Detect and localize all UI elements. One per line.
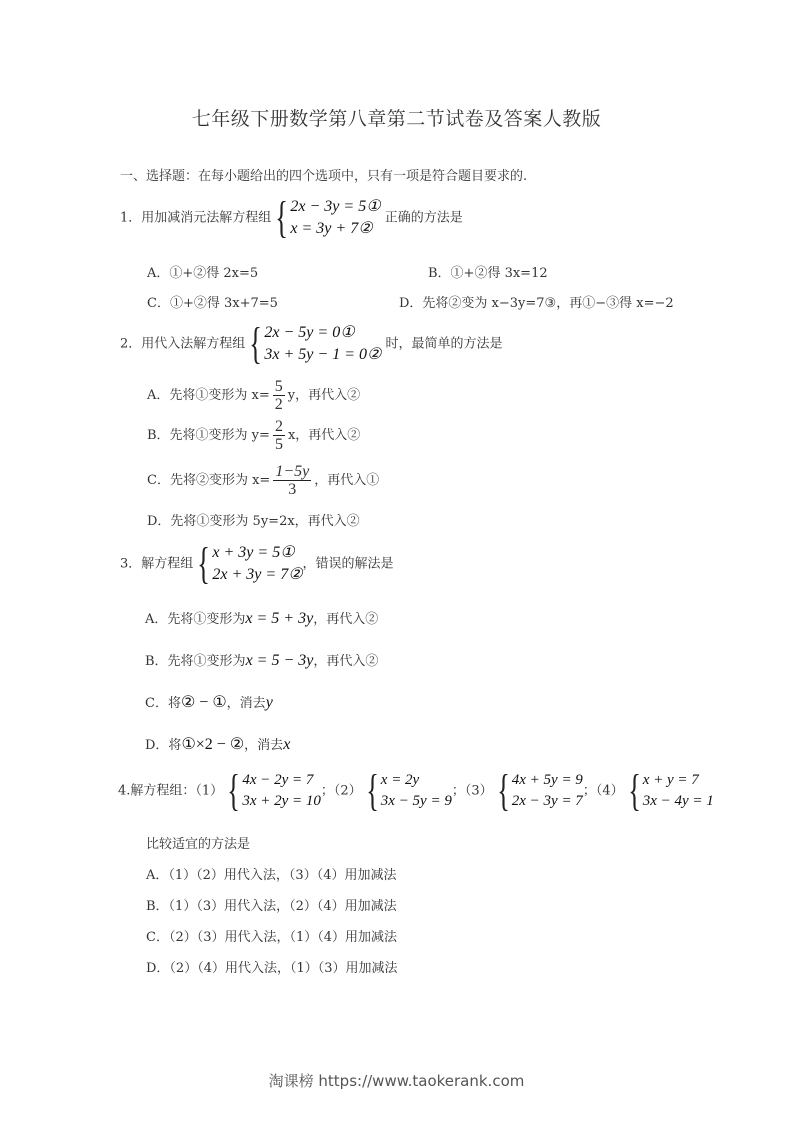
math-expression: x = 5 + 3y	[245, 610, 313, 627]
equation: 3x + 2y = 10	[242, 791, 321, 812]
q1-prefix: 1．用加减消元法解方程组	[120, 211, 271, 226]
option-text: A．先将①变形为 x=	[147, 388, 270, 403]
q3-eq1: x + 3y = 5①	[212, 542, 302, 564]
option-text: ，再代入②	[313, 612, 378, 627]
numerator: 2	[273, 418, 285, 436]
question-2: 2．用代入法解方程组{2x − 5y = 0①3x + 5y − 1 = 0② …	[120, 322, 503, 366]
option-text: C．先将②变形为 x=	[147, 473, 270, 488]
equation: 4x − 2y = 7	[242, 770, 321, 791]
page-title: 七年级下册数学第八章第二节试卷及答案人教版	[0, 104, 793, 131]
section-heading: 一、选择题：在每小题给出的四个选项中，只有一项是符合题目要求的.	[120, 165, 527, 184]
option-text: x，再代入②	[288, 428, 360, 443]
q1-option-b[interactable]: B．①+②得 3x=12	[428, 262, 548, 281]
q4-option-d[interactable]: D．（2）（4）用代入法，（1）（3）用加减法	[146, 957, 398, 976]
equation: 3x − 5y = 9	[381, 791, 452, 812]
denominator: 5	[275, 436, 283, 453]
numerator: 1−5y	[273, 463, 311, 481]
denominator: 2	[275, 396, 283, 413]
q3-suffix: ，错误的解法是	[303, 557, 394, 572]
q1-suffix: 正确的方法是	[385, 211, 463, 226]
q3-option-b[interactable]: B．先将①变形为x = 5 − 3y，再代入②	[145, 650, 378, 670]
variable: x	[283, 736, 290, 753]
option-text: y，再代入②	[288, 388, 360, 403]
q2-eq2: 3x + 5y − 1 = 0②	[264, 344, 381, 366]
brace-icon: {	[198, 542, 211, 586]
q4-option-a[interactable]: A．（1）（2）用代入法，（3）（4）用加减法	[146, 864, 396, 883]
q2-equation-system: {2x − 5y = 0①3x + 5y − 1 = 0②	[245, 322, 381, 366]
brace-icon: {	[227, 769, 240, 813]
option-text: ，消去	[244, 738, 283, 753]
q3-prefix: 3．解方程组	[120, 557, 193, 572]
q4-system-2: {x = 2y3x − 5y = 9	[362, 769, 452, 813]
fraction: 1−5y3	[273, 463, 311, 498]
equation: x + y = 7	[643, 770, 714, 791]
separator: ；（3）	[452, 784, 493, 799]
q3-option-c[interactable]: C．将② − ①，消去y	[145, 692, 273, 712]
option-text: ，再代入①	[314, 473, 379, 488]
q2-eq1: 2x − 5y = 0①	[264, 322, 381, 344]
q4-system-1: {4x − 2y = 73x + 2y = 10	[223, 769, 321, 813]
option-text: ，再代入②	[313, 654, 378, 669]
q3-option-a[interactable]: A．先将①变形为x = 5 + 3y，再代入②	[145, 608, 378, 628]
q4-option-b[interactable]: B．（1）（3）用代入法，（2）（4）用加减法	[146, 895, 397, 914]
option-text: C．将	[145, 696, 181, 711]
q2-option-b[interactable]: B．先将①变形为 y=25x，再代入②	[147, 418, 360, 453]
q2-suffix: 时，最简单的方法是	[385, 337, 502, 352]
q1-eq2: x = 3y + 7②	[290, 218, 380, 240]
q2-prefix: 2．用代入法解方程组	[120, 337, 245, 352]
option-text: B．先将①变形为 y=	[147, 428, 270, 443]
option-text: A．先将①变形为	[145, 612, 245, 627]
math-expression: ①×2 − ②	[181, 736, 244, 753]
q1-option-c[interactable]: C．①+②得 3x+7=5	[147, 292, 278, 311]
question-4: 4.解方程组：（1）{4x − 2y = 73x + 2y = 10；（2）{x…	[118, 769, 714, 813]
fraction: 52	[273, 378, 285, 413]
brace-icon: {	[276, 196, 289, 240]
q4-system-4: {x + y = 73x − 4y = 1	[624, 769, 714, 813]
q2-option-c[interactable]: C．先将②变形为 x=1−5y3，再代入①	[147, 463, 379, 498]
denominator: 3	[288, 481, 296, 498]
brace-icon: {	[497, 769, 510, 813]
q2-option-d[interactable]: D．先将①变形为 5y=2x，再代入②	[147, 510, 360, 529]
q3-equation-system: {x + 3y = 5①2x + 3y = 7②	[193, 542, 302, 586]
separator: ；（4）	[583, 784, 624, 799]
q4-system-3: {4x + 5y = 92x − 3y = 7	[493, 769, 583, 813]
option-text: D．将	[145, 738, 181, 753]
q4-question: 比较适宜的方法是	[146, 833, 250, 852]
option-text: ，消去	[227, 696, 266, 711]
q1-option-a[interactable]: A．①+②得 2x=5	[147, 262, 258, 281]
equation: x = 2y	[381, 770, 452, 791]
brace-icon: {	[628, 769, 641, 813]
math-expression: ② − ①	[181, 694, 227, 711]
numerator: 5	[273, 378, 285, 396]
q2-option-a[interactable]: A．先将①变形为 x=52y，再代入②	[147, 378, 360, 413]
equation: 2x − 3y = 7	[512, 791, 583, 812]
variable: y	[266, 694, 273, 711]
equation: 3x − 4y = 1	[643, 791, 714, 812]
q1-equation-system: {2x − 3y = 5①x = 3y + 7②	[271, 196, 380, 240]
q1-eq1: 2x − 3y = 5①	[290, 196, 380, 218]
brace-icon: {	[366, 769, 379, 813]
q4-option-c[interactable]: C．（2）（3）用代入法，（1）（4）用加减法	[146, 926, 397, 945]
q3-eq2: 2x + 3y = 7②	[212, 564, 302, 586]
question-3: 3．解方程组{x + 3y = 5①2x + 3y = 7②，错误的解法是	[120, 542, 394, 586]
math-expression: x = 5 − 3y	[246, 652, 314, 669]
equation: 4x + 5y = 9	[512, 770, 583, 791]
question-1: 1．用加减消元法解方程组{2x − 3y = 5①x = 3y + 7② 正确的…	[120, 196, 463, 240]
q3-option-d[interactable]: D．将①×2 − ②，消去x	[145, 734, 290, 754]
separator: ；（2）	[321, 784, 362, 799]
footer-watermark: 淘课榜 https://www.taokerank.com	[0, 1070, 793, 1091]
brace-icon: {	[250, 322, 263, 366]
option-text: B．先将①变形为	[145, 654, 246, 669]
q4-prefix: 4.解方程组：（1）	[118, 784, 223, 799]
q1-option-d[interactable]: D．先将②变为 x−3y=7③，再①−③得 x=−2	[399, 292, 674, 311]
fraction: 25	[273, 418, 285, 453]
